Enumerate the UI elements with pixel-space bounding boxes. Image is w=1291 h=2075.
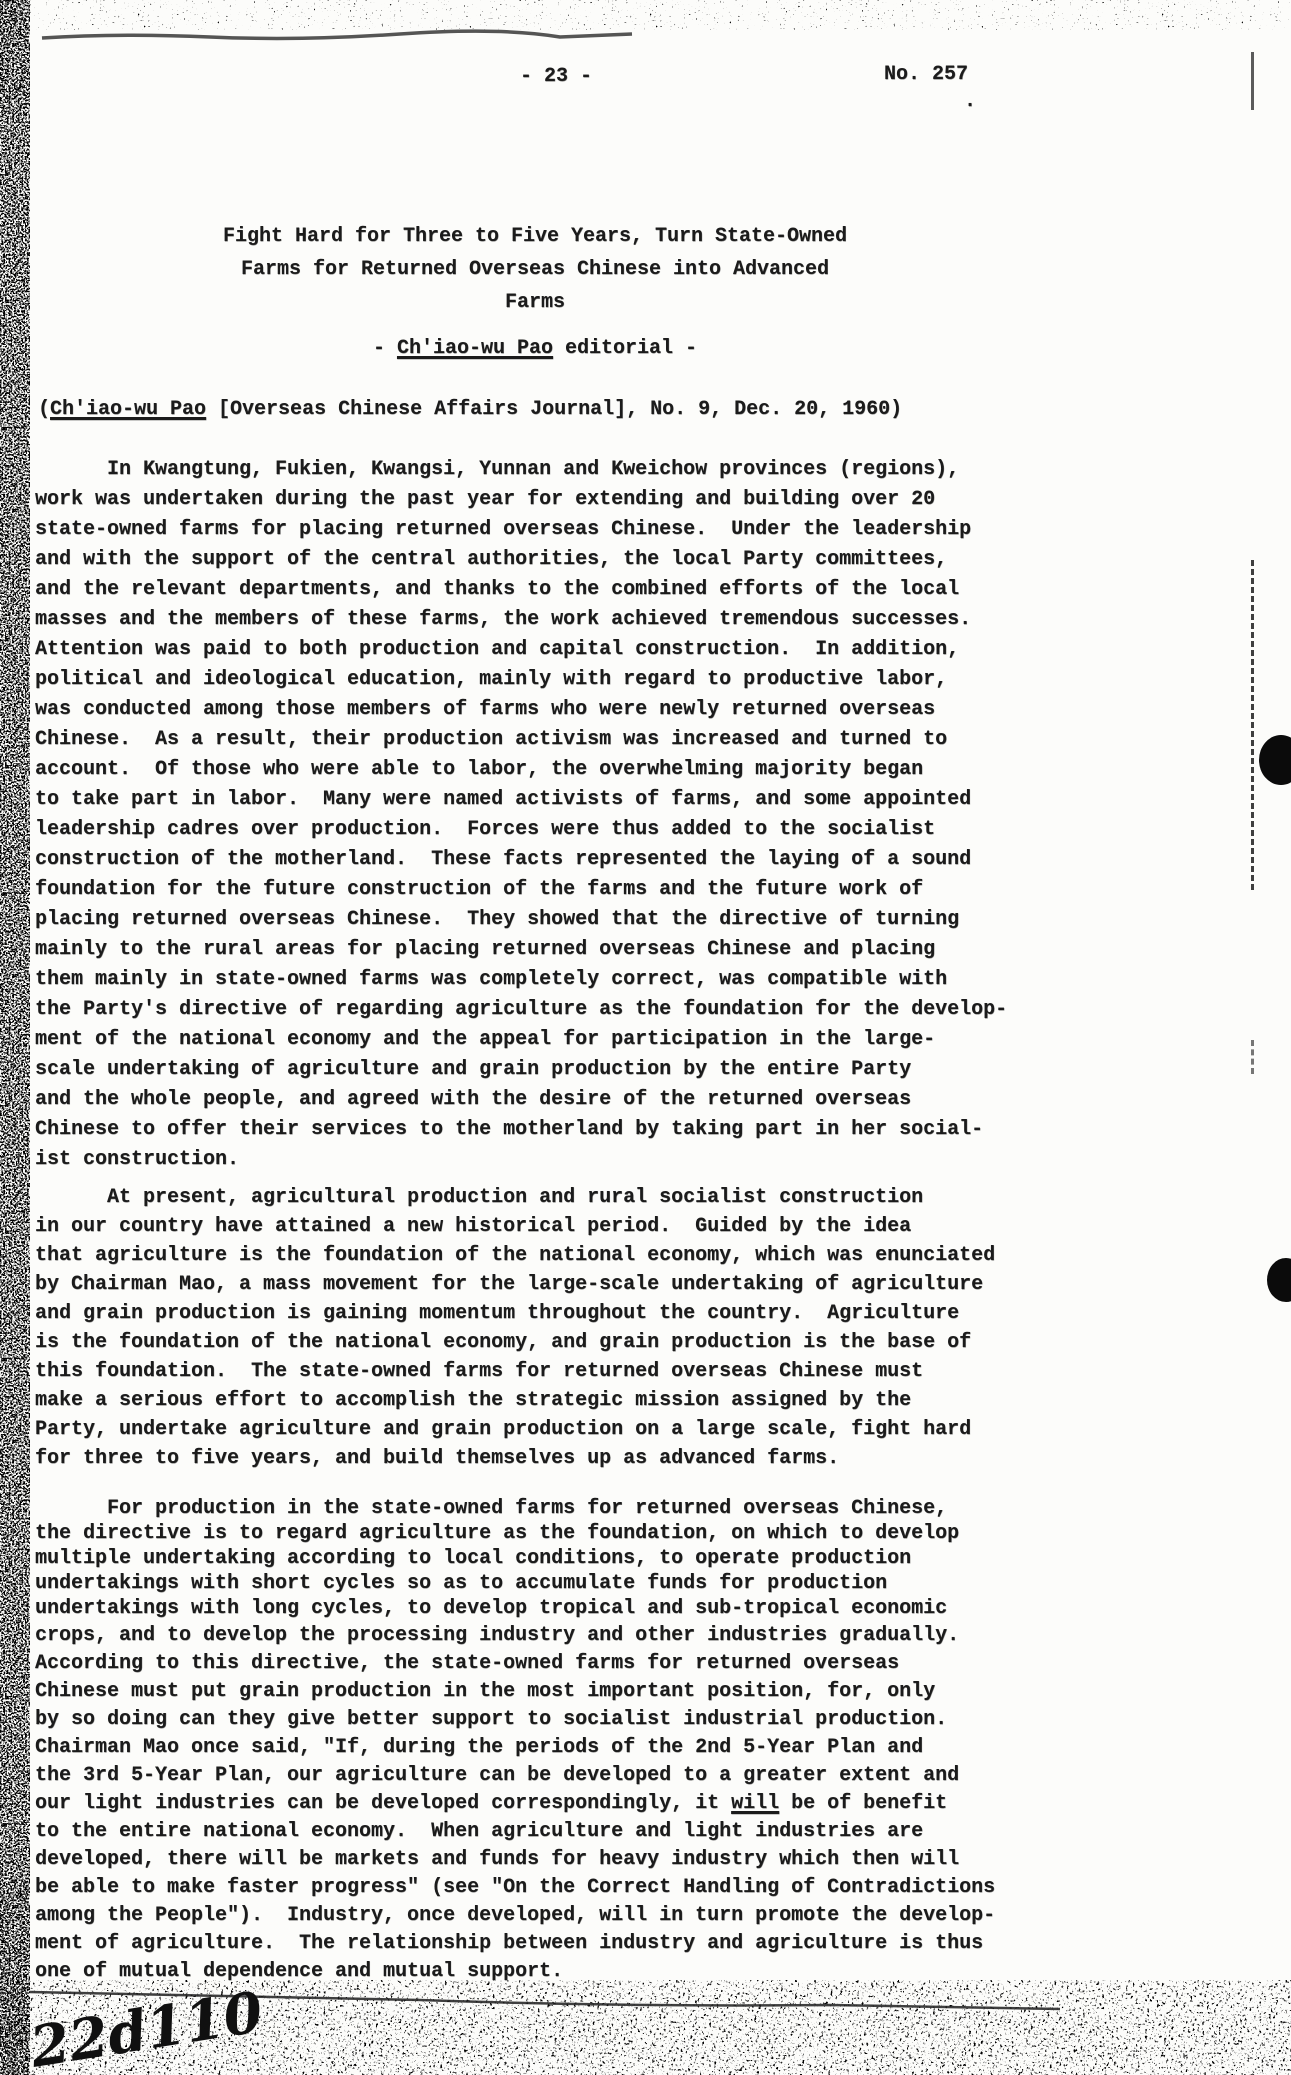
stray-dot-artifact: . xyxy=(964,92,976,112)
byline-suffix: editorial - xyxy=(553,337,697,360)
paragraph-3: For production in the state-owned farms … xyxy=(35,1496,1045,1621)
paragraph-1: In Kwangtung, Fukien, Kwangsi, Yunnan an… xyxy=(35,455,1045,1175)
issue-number: No. 257 xyxy=(884,60,968,90)
ink-blob-artifact xyxy=(1267,1258,1291,1302)
paragraph-3-text: crops, and to develop the processing ind… xyxy=(35,1624,959,1815)
citation-open: ( xyxy=(38,398,50,421)
byline-prefix: - xyxy=(373,337,397,360)
citation-rest: [Overseas Chinese Affairs Journal], No. … xyxy=(206,398,902,421)
article-title: Fight Hard for Three to Five Years, Turn… xyxy=(35,220,1035,319)
paragraph-3-continued: crops, and to develop the processing ind… xyxy=(35,1622,1045,1986)
fold-line-artifact xyxy=(1251,52,1254,110)
scan-edge-artifact-top xyxy=(0,0,1291,55)
source-citation: (Ch'iao-wu Pao [Overseas Chinese Affairs… xyxy=(38,394,1278,425)
citation-journal-name: Ch'iao-wu Pao xyxy=(50,398,206,421)
underlined-word: will xyxy=(731,1792,779,1815)
byline: - Ch'iao-wu Pao editorial - xyxy=(35,334,1035,364)
scan-edge-artifact-bottom: 22d110 xyxy=(0,1955,1291,2075)
scan-edge-artifact-left xyxy=(0,0,30,2075)
byline-journal-name: Ch'iao-wu Pao xyxy=(397,337,553,360)
document-page: - 23 - No. 257 . Fight Hard for Three to… xyxy=(0,0,1291,2075)
fold-line-artifact xyxy=(1251,1040,1254,1074)
paragraph-2: At present, agricultural production and … xyxy=(35,1183,1045,1473)
fold-line-artifact xyxy=(1251,560,1254,890)
page-number: - 23 - xyxy=(520,62,592,92)
ink-blob-artifact xyxy=(1259,735,1291,785)
